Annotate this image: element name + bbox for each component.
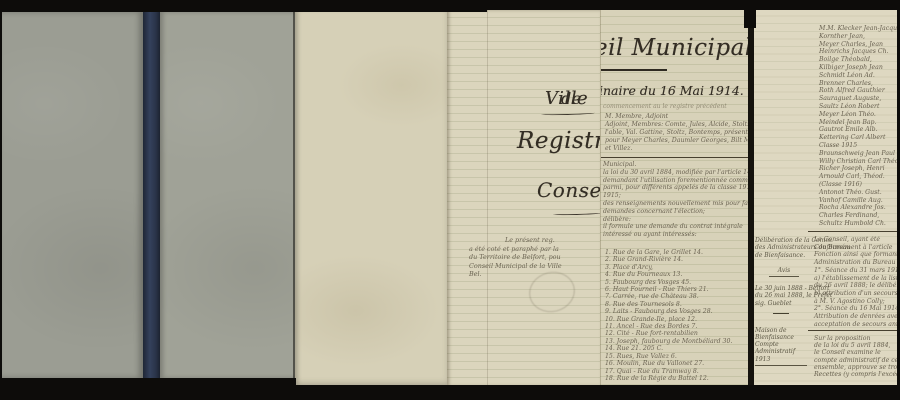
handwriting-line: Heinrichs Jacques Ch. [819,48,900,56]
deliberation-text-1: Le Conseil, ayant étéConformément à l'ar… [814,236,900,328]
handwriting-line: 4. Rue du Fourneaux 13. [605,271,732,278]
handwriting-line: Le Conseil, ayant été [814,236,900,244]
title-word-registre: Registre [517,128,600,154]
scan-stitch-seam [487,0,488,385]
section-rule [601,157,753,158]
handwriting-line: Rocha Alexandre Jos. [819,204,900,212]
handwriting-line: 16. Moulin, Rue du Vallonet 27. [605,360,732,367]
handwriting-line: 3. Place d'Arcy, [605,264,732,271]
book-cover-right [160,12,295,378]
handwriting-line: 1915; [603,192,753,200]
handwriting-line: Municipal. [603,161,753,169]
page-gutter [748,0,754,390]
handwriting-line: Arnould Carl, Théod. [819,173,900,181]
handwriting-line: parmi, pour différents appelés de la cla… [603,184,753,192]
letterbox-left [0,0,2,400]
handwriting-line: (Classe 1916) [819,181,900,189]
register-title-page: Villede Registre Conseil Le présent reg.… [447,10,600,386]
handwriting-line: compte administratif de cet établ. [814,357,900,364]
handwriting-line: 8. Rue des Tournesols 8. [605,301,732,308]
handwriting-line: Sauraguet Auguste, [819,95,900,103]
handwriting-line: 9. Laits - Faubourg des Vosges 28. [605,308,732,315]
session-subnote: commencement au le registre précédent [603,103,727,110]
handwriting-line: 7. Carrée, rue de Château 38. [605,293,732,300]
handwriting-line: des renseignements nouvellement mis pour… [603,200,753,208]
handwriting-line: demandes concernant l'élection; [603,208,753,216]
handwriting-line: du 26 avril 1888; le délibéré est [814,282,900,290]
handwriting-line: Antonot Théo. Gust. [819,189,900,197]
handwriting-line: 11. Ancel - Rue des Bordes 7. [605,323,732,330]
handwriting-line: la loi du 30 avril 1884, modifiée par l'… [603,169,753,177]
page-heading: eil Municipal. [600,35,753,61]
blank-page [295,10,447,386]
handwriting-line: Kettering Carl Albert [819,134,900,142]
handwriting-line: 5. Faubourg des Vosges 45. [605,279,732,286]
handwriting-line: de Bienfaisance. [755,252,813,259]
handwriting-line: Kilbiger Joseph Jean [819,64,900,72]
handwriting-line: délibère: [603,216,753,224]
handwriting-line: Attribution de denrées avec [814,313,900,321]
title-word-ville: Villede [545,88,582,109]
deliberation-text-2: Sur la propositionde la loi du 5 avril 1… [814,335,900,378]
handwriting-line: Délibération de la Comm. [755,237,813,244]
handwriting-line: Brenner Charles, [819,80,900,88]
handwriting-line: Vanhof Camille Aug. [819,197,900,205]
handwriting-line: 10. Rue Grande-Ile, place 12. [605,316,732,323]
handwriting-line: Meindel Jean Bap. [819,119,900,127]
handwriting-line: M.M. Klecker Jean-Jacques [819,25,900,33]
handwriting-line: Schultz Humbold Ch. [819,220,900,228]
flourish-underline [541,111,595,115]
address-list: 1. Rue de la Gare, le Grillet 14.2. Rue … [605,249,732,382]
handwriting-line: du 26 mai 1888, le Préfet [755,292,813,299]
handwriting-line: 14. Rue 21. 205 C. [605,345,732,352]
session-date-line: inaire du 16 Mai 1914. (Suite) [600,83,753,98]
margin-note-compte-1913: Compte Administratif 1913 [755,341,807,366]
title-word-conseil: Conseil [537,178,600,202]
handwriting-line: M. Membre, Adjoint [605,113,753,121]
handwriting-line: b) attribution d'un secours [814,290,900,298]
handwriting-line: a) l'établissement de la liste [814,275,900,283]
handwriting-line: Willy Christian Carl Théo. [819,158,900,166]
handwriting-line: pour Meyer Charles, Daumler Georges, Bil… [605,137,753,145]
margin-dash [773,313,789,314]
handwriting-line: 1. Rue de la Gare, le Grillet 14. [605,249,732,256]
handwriting-line: Charles Ferdinand, [819,212,900,220]
handwriting-line: sig. Gueblet [755,300,813,307]
handwriting-line: demandant l'utilisation forementionnée c… [603,177,753,185]
handwriting-line: et Villez. [605,145,753,153]
archival-scan: Villede Registre Conseil Le présent reg.… [0,0,900,400]
handwriting-line: Sur la proposition [814,335,900,342]
handwriting-line: Administration du Bureau de Bienf. [814,259,900,267]
handwriting-line: l'able, Val. Gattine, Stoltz, Bontemps, … [605,129,753,137]
handwriting-line: 2°. Séance du 16 Mai 1914: [814,305,900,313]
handwriting-line: Schmidt Léon Ad. [819,72,900,80]
handwriting-line: Conseil Municipal de la Ville [469,262,597,271]
book-spine [143,12,160,384]
handwriting-line: intéressé ou ayant intéressés: [603,231,753,239]
handwriting-line: Conformément à l'article [814,244,900,252]
deliberation-body: Municipal.la loi du 30 avril 1884, modif… [603,161,753,239]
flourish-underline [553,211,600,215]
margin-note-avis: Avis [769,267,799,277]
letterbox-top [0,0,487,12]
handwriting-line: Adjoint, Membres: Comte, Jules, Alcide, … [605,121,753,129]
page-edge-seam [293,10,295,382]
handwriting-line: des Administrateurs du Bureau [755,244,813,251]
handwriting-line: Braunschweig Jean Paul [819,150,900,158]
handwriting-line: Gautrot Emile Alb. [819,126,900,134]
handwriting-line: 6. Haut Fourneil - Rue Thiers 21. [605,286,732,293]
handwriting-line: à M. V. Agostino Colly; [814,298,900,306]
handwriting-line: Meyer Charles, Jean [819,41,900,49]
handwriting-line: 12. Cité - Rue fort-rentabilien [605,330,732,337]
attendance-block: M. Membre, AdjointAdjoint, Membres: Comt… [605,113,753,153]
handwriting-line: il formule une demande du contrat intégr… [603,223,753,231]
section-rule [808,330,900,331]
handwriting-line: Fonction ainsi que formant [814,251,900,259]
handwriting-line: du Territoire de Belfort, pou [469,253,597,262]
handwriting-line: ensemble, approuve se trouvant [814,364,900,371]
handwriting-line: Bel. [469,270,597,279]
handwriting-line: 17. Quai - Rue du Tramway 8. [605,368,732,375]
margin-note-maison: Maison de Bienfaisance [755,327,813,342]
handwriting-line: 18. Rue de la Régie du Battel 12. [605,375,732,382]
handwriting-line: 2. Rue Grand-Rivière 14. [605,256,732,263]
margin-note-prefet: Le 30 juin 1888 - Belfortdu 26 mai 1888,… [755,285,813,307]
handwriting-line: a été coté et paraphé par la [469,245,597,254]
handwriting-line: Meyer Léon Théo. [819,111,900,119]
handwriting-line: Roth Alfred Gauthier [819,87,900,95]
handwriting-line: Classe 1915 [819,142,900,150]
handwriting-line: acceptation de secours annuels. [814,321,900,329]
session-minutes-page: eil Municipal. inaire du 16 Mai 1914. (S… [600,9,753,387]
certification-note: Le présent reg.a été coté et paraphé par… [469,236,597,279]
book-cover-left [2,12,143,378]
deliberations-page: M.M. Klecker Jean-JacquesKornther Jean,M… [753,9,900,387]
handwriting-line: de la loi du 5 avril 1884, [814,342,900,349]
handwriting-line: Saultz Léon Robert [819,103,900,111]
margin-note-deliberation: Délibération de la Comm.des Administrate… [755,237,813,259]
handwriting-line: le Conseil examine le [814,349,900,356]
handwriting-line: Richer Joseph, Henri [819,165,900,173]
handwriting-line: 15. Rues, Rue Vallez 6. [605,353,732,360]
handwriting-line: Le présent reg. [469,236,597,245]
letterbox-top [487,0,900,10]
names-list: M.M. Klecker Jean-JacquesKornther Jean,M… [819,25,900,228]
handwriting-line: Kornther Jean, [819,33,900,41]
handwriting-line: Le 30 juin 1888 - Belfort [755,285,813,292]
handwriting-line: Recettes (y compris l'excédent) [814,371,900,378]
section-rule [808,231,900,232]
handwriting-line: 13. Joseph, faubourg de Montbéliard 30. [605,338,732,345]
heading-rule [601,69,667,73]
handwriting-line: Boilge Théobald, [819,56,900,64]
handwriting-line: 1°. Séance du 31 mars 1914: [814,267,900,275]
letterbox-bottom [0,385,900,400]
word-ville: Ville [545,88,588,109]
